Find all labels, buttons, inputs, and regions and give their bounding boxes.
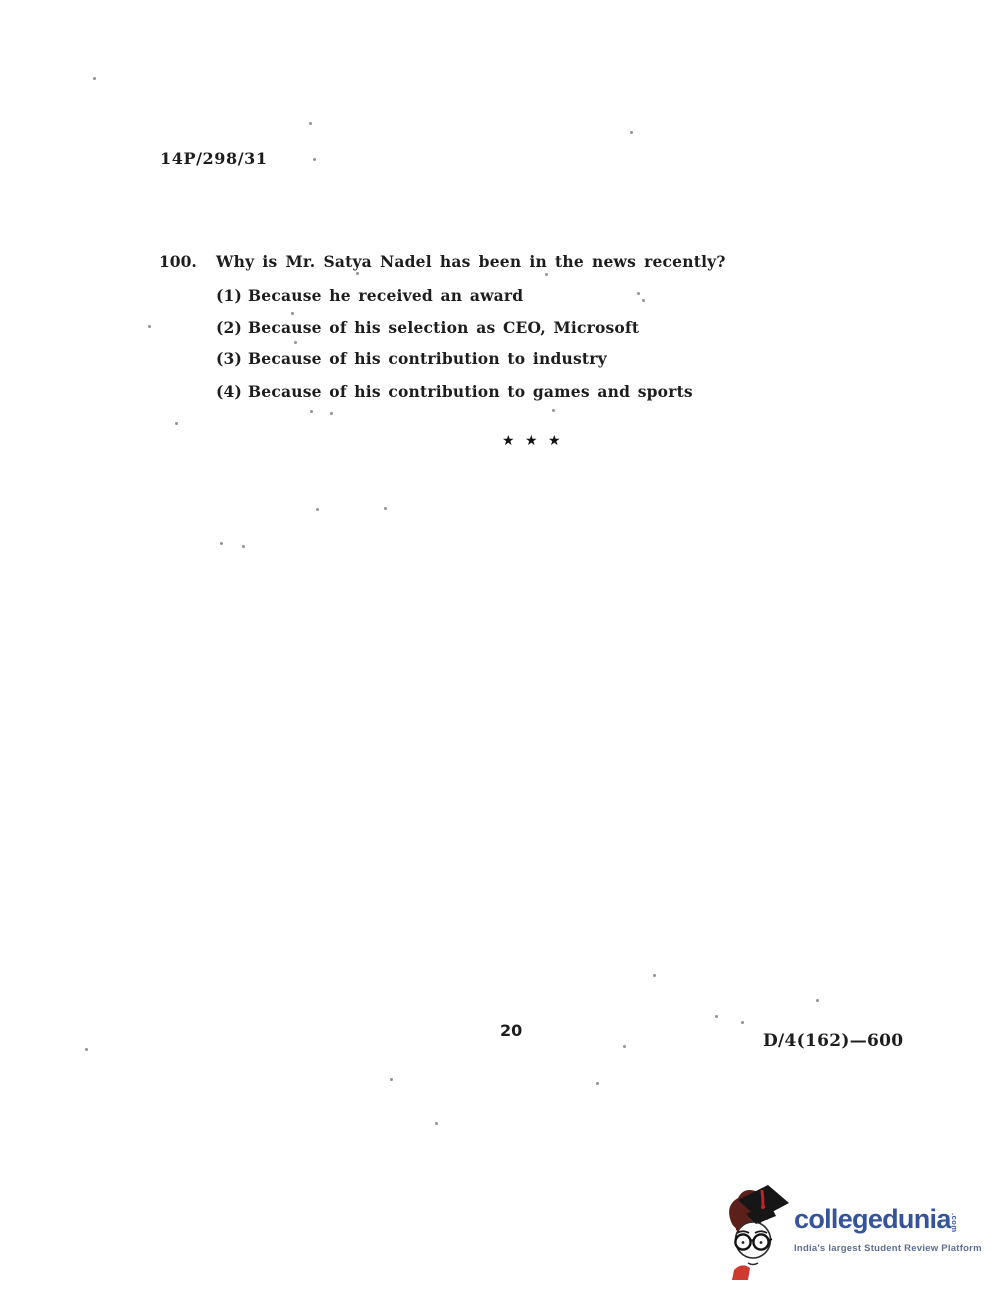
scan-speck: [596, 1082, 599, 1085]
scan-speck: [552, 409, 555, 412]
option-4: (4) Because of his contribution to games…: [216, 382, 693, 401]
scan-speck: [242, 545, 245, 548]
scan-speck: [93, 77, 96, 80]
scan-speck: [623, 1045, 626, 1048]
scan-speck: [316, 508, 319, 511]
graduate-boy-mascot-icon: [726, 1184, 790, 1280]
option-3: (3) Because of his contribution to indus…: [216, 349, 607, 368]
scanned-exam-page: 14P/298/31 100. Why is Mr. Satya Nadel h…: [0, 0, 993, 1303]
scan-speck: [220, 542, 223, 545]
scan-speck: [637, 292, 640, 295]
scan-speck: [85, 1048, 88, 1051]
scan-speck: [642, 299, 645, 302]
brand-domain-suffix: .com: [950, 1213, 959, 1233]
scan-speck: [175, 422, 178, 425]
option-4-number: (4): [216, 382, 248, 401]
scan-speck: [816, 999, 819, 1002]
option-2-text: Because of his selection as CEO, Microso…: [248, 318, 639, 337]
question-number: 100.: [159, 252, 197, 271]
scan-speck: [356, 272, 359, 275]
scan-speck: [384, 507, 387, 510]
print-run-code: D/4(162)—600: [763, 1031, 903, 1051]
scan-speck: [390, 1078, 393, 1081]
scan-speck: [741, 1021, 744, 1024]
option-2: (2) Because of his selection as CEO, Mic…: [216, 318, 639, 337]
scan-speck: [630, 131, 633, 134]
scan-speck: [294, 341, 297, 344]
option-3-text: Because of his contribution to industry: [248, 349, 607, 368]
brand-tagline: India's largest Student Review Platform: [794, 1243, 982, 1254]
scan-speck: [291, 312, 294, 315]
scan-speck: [313, 158, 316, 161]
option-1-text: Because he received an award: [248, 286, 523, 305]
scan-speck: [715, 1015, 718, 1018]
scan-speck: [310, 410, 313, 413]
scan-speck: [309, 122, 312, 125]
scan-speck: [653, 974, 656, 977]
paper-code: 14P/298/31: [160, 149, 268, 168]
scan-speck: [435, 1122, 438, 1125]
scan-speck: [148, 325, 151, 328]
question-text: Why is Mr. Satya Nadel has been in the n…: [216, 252, 726, 271]
option-4-text: Because of his contribution to games and…: [248, 382, 693, 401]
page-number: 20: [500, 1021, 522, 1040]
end-of-paper-stars: ★ ★ ★: [502, 433, 564, 449]
option-3-number: (3): [216, 349, 248, 368]
option-2-number: (2): [216, 318, 248, 337]
option-1-number: (1): [216, 286, 248, 305]
brand-name: collegedunia: [794, 1204, 951, 1235]
collegedunia-logo: collegedunia .com India's largest Studen…: [726, 1184, 988, 1288]
scan-speck: [545, 273, 548, 276]
option-1: (1) Because he received an award: [216, 286, 523, 305]
scan-speck: [330, 412, 333, 415]
